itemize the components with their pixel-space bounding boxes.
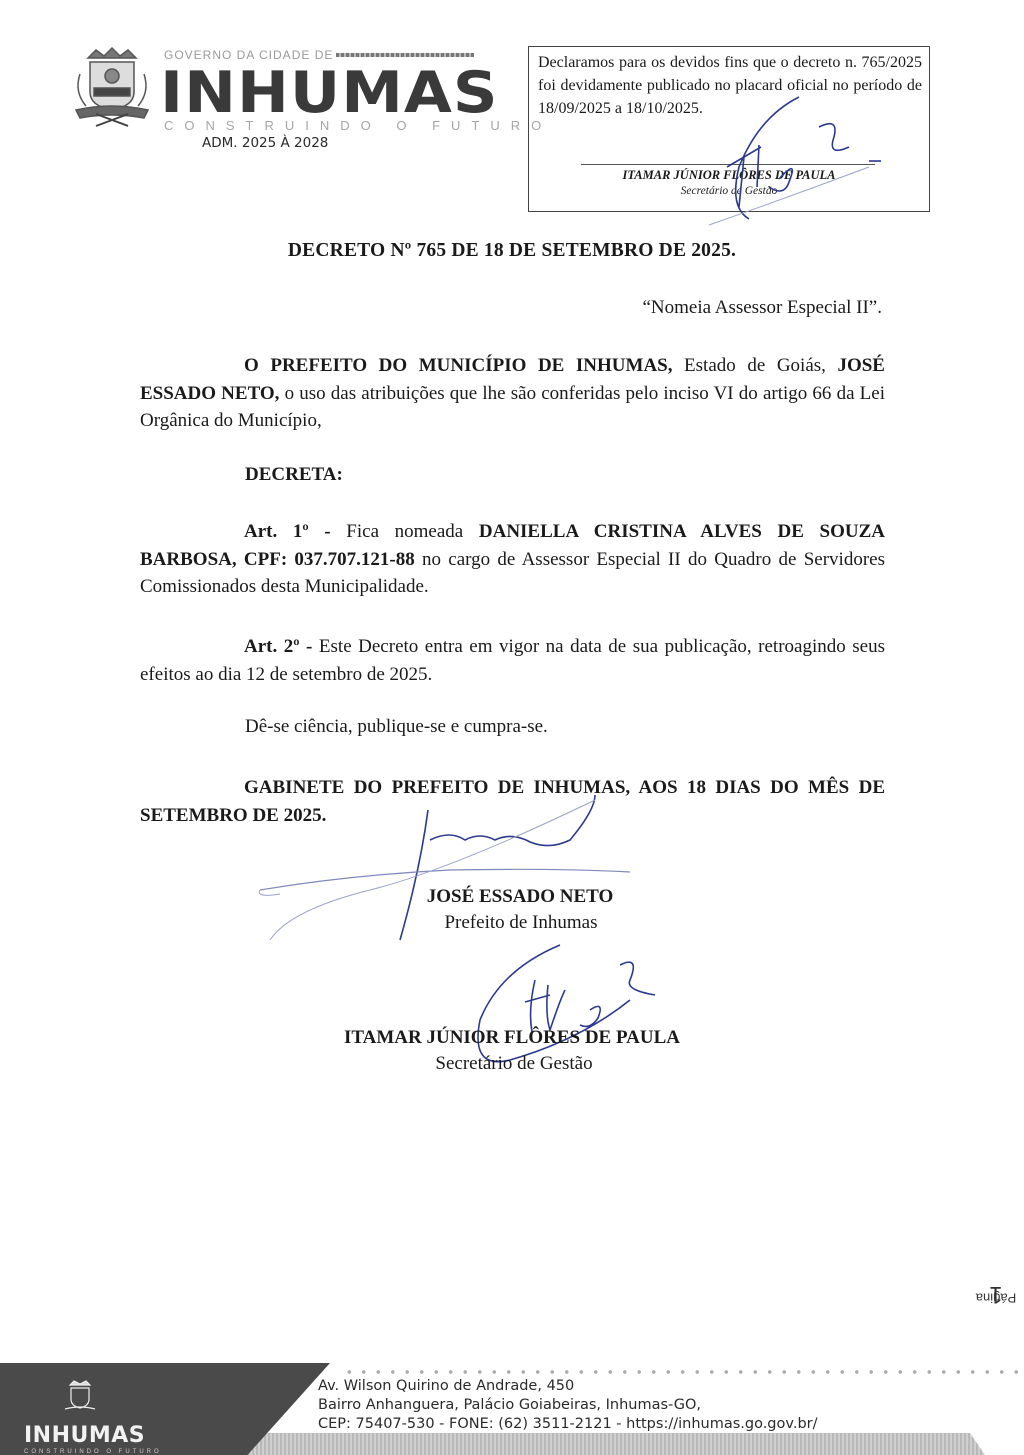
publication-stamp: Declaramos para os devidos fins que o de…	[528, 46, 930, 212]
article-2: Art. 2º - Este Decreto entra em vigor na…	[140, 633, 885, 688]
article-1-label: Art. 1º -	[244, 521, 331, 542]
address-district: Bairro Anhanguera, Palácio Goiabeiras, I…	[318, 1396, 818, 1415]
stamp-signer-name: ITAMAR JÚNIOR FLÔRES DE PAULA	[529, 168, 929, 183]
decreta-heading: DECRETA:	[245, 464, 343, 486]
address-contact: CEP: 75407-530 - FONE: (62) 3511-2121 - …	[318, 1415, 818, 1434]
stamp-signer-role: Secretário de Gestão	[529, 185, 929, 197]
closing-formula: Dê-se ciência, publique-se e cumpra-se.	[245, 716, 548, 738]
decree-summary: “Nomeia Assessor Especial II”.	[642, 297, 882, 319]
preamble-authority: O PREFEITO DO MUNICÍPIO DE INHUMAS,	[244, 355, 673, 376]
stamp-text: Declaramos para os devidos fins que o de…	[538, 51, 922, 120]
gabinete-text: GABINETE DO PREFEITO DE INHUMAS, AOS 18 …	[140, 777, 885, 826]
footer-address: Av. Wilson Quirino de Andrade, 450 Bairr…	[318, 1377, 818, 1434]
footer-brand: INHUMAS	[24, 1423, 145, 1448]
administration-period: ADM. 2025 À 2028	[202, 135, 328, 151]
address-street: Av. Wilson Quirino de Andrade, 450	[318, 1377, 818, 1396]
tagline: CONSTRUINDO O FUTURO	[164, 118, 552, 133]
footer-dots-decoration	[342, 1369, 1022, 1375]
coat-of-arms-icon	[60, 1379, 100, 1415]
page-number: Página1	[978, 1258, 1014, 1338]
mayor-signer-name: JOSÉ ESSADO NETO	[16, 886, 1024, 908]
secretary-signer-name: ITAMAR JÚNIOR FLÔRES DE PAULA	[0, 1027, 1024, 1049]
mayor-signer-role: Prefeito de Inhumas	[18, 912, 1024, 934]
decree-title: DECRETO Nº 765 DE 18 DE SETEMBRO DE 2025…	[0, 240, 1024, 262]
signature-line	[581, 164, 875, 165]
page-digit: 1	[989, 1280, 1002, 1308]
footer: INHUMAS CONSTRUINDO O FUTURO Av. Wilson …	[0, 1355, 1024, 1455]
decorative-bar	[336, 53, 474, 57]
brand-name: INHUMAS	[160, 64, 499, 121]
footer-tagline: CONSTRUINDO O FUTURO	[24, 1449, 162, 1455]
secretary-signer-role: Secretário de Gestão	[4, 1053, 1024, 1075]
article-1-text: Fica nomeada	[331, 521, 479, 542]
coat-of-arms-icon	[66, 44, 158, 130]
gabinete-paragraph: GABINETE DO PREFEITO DE INHUMAS, AOS 18 …	[140, 774, 885, 829]
article-1: Art. 1º - Fica nomeada DANIELLA CRISTINA…	[140, 518, 885, 601]
preamble-text: Estado de Goiás,	[673, 355, 838, 376]
mayor-signature-block: JOSÉ ESSADO NETO Prefeito de Inhumas	[0, 886, 1024, 934]
footer-stripe	[240, 1433, 985, 1455]
municipality-logo: GOVERNO DA CIDADE DE INHUMAS CONSTRUINDO…	[66, 44, 476, 154]
secretary-signature-block: ITAMAR JÚNIOR FLÔRES DE PAULA Secretário…	[0, 1027, 1024, 1075]
article-2-label: Art. 2º -	[244, 636, 312, 657]
preamble-paragraph: O PREFEITO DO MUNICÍPIO DE INHUMAS, Esta…	[140, 352, 885, 435]
